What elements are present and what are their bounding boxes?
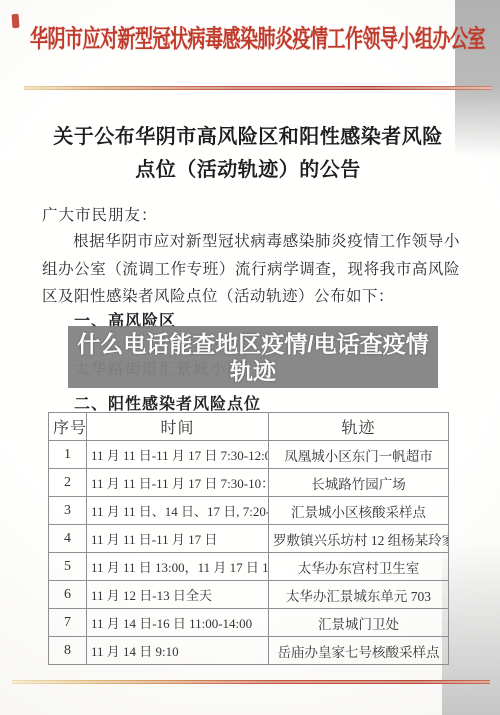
trajectory-cell: 汇景城门卫处: [269, 609, 449, 637]
notice-body-paragraph: 根据华阴市应对新型冠状病毒感染肺炎疫情工作领导小组办公室（流调工作专班）流行病学…: [42, 228, 460, 311]
header-cell-number: 序号: [49, 413, 87, 441]
salutation: 广大市民朋友：: [42, 203, 158, 225]
trajectory-cell: 凤凰城小区东门一帆超市: [269, 441, 449, 469]
trajectory-cell: 罗敷镇兴乐坊村 12 组杨某玲家: [269, 525, 449, 553]
time-cell: 11 月 12 日-13 日全天: [87, 581, 269, 609]
header-cell-time: 时间: [87, 413, 269, 441]
trajectory-cell: 太华办汇景城东单元 703: [269, 581, 449, 609]
row-number-cell: 8: [49, 637, 87, 665]
header-cell-trajectory: 轨迹: [269, 413, 449, 441]
time-cell: 11 月 11 日 13:00，11 月 17 日 15:00: [87, 553, 269, 581]
trajectory-cell: 汇景城小区核酸采样点: [269, 497, 449, 525]
row-number-cell: 6: [49, 581, 87, 609]
caption-overlay-line1: 什么电话能查地区疫情/电话查疫情: [77, 330, 428, 358]
row-number-cell: 5: [49, 553, 87, 581]
time-cell: 11 月 14 日-16 日 11:00-14:00: [87, 609, 269, 637]
photo-edge-shading-bottom-right: [442, 540, 500, 715]
table-row: 611 月 12 日-13 日全天太华办汇景城东单元 703: [49, 581, 449, 609]
notice-title: 关于公布华阴市高风险区和阳性感染者风险 点位（活动轨迹）的公告: [38, 121, 458, 187]
letterhead-org-name: 华阴市应对新型冠状病毒感染肺炎疫情工作领导小组办公室: [30, 20, 466, 55]
footer-divider-rule: [12, 680, 490, 684]
caption-overlay-line2: 轨迹: [230, 358, 276, 384]
row-number-cell: 4: [49, 525, 87, 553]
trajectory-cell: 岳庙办皇家七号核酸采样点: [269, 637, 449, 665]
row-number-cell: 7: [49, 609, 87, 637]
caption-overlay: 什么电话能查地区疫情/电话查疫情 轨迹: [68, 326, 438, 388]
red-seal-mark: [12, 14, 20, 28]
time-cell: 11 月 11 日-11 月 17 日 7:30-12:00: [87, 441, 269, 469]
row-number-cell: 2: [49, 469, 87, 497]
row-number-cell: 3: [49, 497, 87, 525]
letterhead-divider-rule: [24, 86, 492, 90]
table-row: 411 月 11 日-11 月 17 日罗敷镇兴乐坊村 12 组杨某玲家: [49, 525, 449, 553]
trajectory-table-body: 111 月 11 日-11 月 17 日 7:30-12:00凤凰城小区东门一帆…: [49, 441, 449, 665]
trajectory-cell: 长城路竹园广场: [269, 469, 449, 497]
table-row: 811 月 14 日 9:10岳庙办皇家七号核酸采样点: [49, 637, 449, 665]
time-cell: 11 月 11 日-11 月 17 日: [87, 525, 269, 553]
time-cell: 11 月 14 日 9:10: [87, 637, 269, 665]
section-heading-positive-points: 二、阳性感染者风险点位: [74, 391, 261, 414]
table-row: 311 月 11 日、14 日、17 日, 7:20-11:00汇景城小区核酸采…: [49, 497, 449, 525]
trajectory-cell: 太华办东宫村卫生室: [269, 553, 449, 581]
table-row: 711 月 14 日-16 日 11:00-14:00汇景城门卫处: [49, 609, 449, 637]
notice-title-line2: 点位（活动轨迹）的公告: [38, 154, 458, 187]
row-number-cell: 1: [49, 441, 87, 469]
table-row: 111 月 11 日-11 月 17 日 7:30-12:00凤凰城小区东门一帆…: [49, 441, 449, 469]
notice-title-line1: 关于公布华阴市高风险区和阳性感染者风险: [38, 121, 458, 154]
table-header-row: 序号 时间 轨迹: [49, 413, 449, 441]
time-cell: 11 月 11 日-11 月 17 日 7:30-10：00: [87, 469, 269, 497]
table-row: 211 月 11 日-11 月 17 日 7:30-10：00长城路竹园广场: [49, 469, 449, 497]
table-row: 511 月 11 日 13:00，11 月 17 日 15:00太华办东宫村卫生…: [49, 553, 449, 581]
trajectory-table: 序号 时间 轨迹 111 月 11 日-11 月 17 日 7:30-12:00…: [48, 412, 449, 665]
document-photo: 华阴市应对新型冠状病毒感染肺炎疫情工作领导小组办公室 关于公布华阴市高风险区和阳…: [0, 0, 500, 715]
time-cell: 11 月 11 日、14 日、17 日, 7:20-11:00: [87, 497, 269, 525]
